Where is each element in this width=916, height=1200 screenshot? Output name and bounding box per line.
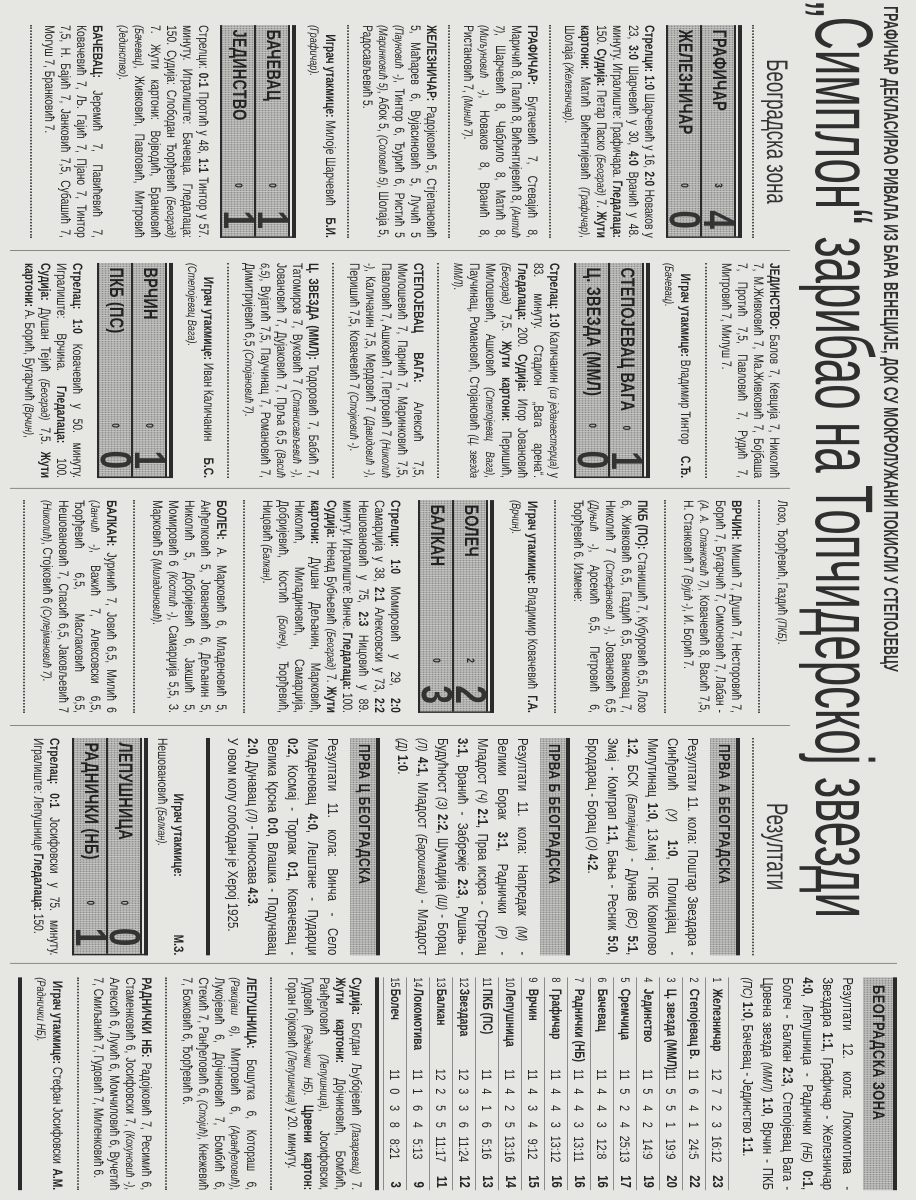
halftime-score: 0: [677, 168, 693, 203]
mom-name: Милоје Шарчевић: [323, 120, 338, 205]
text-run: .: [301, 1093, 316, 1105]
match-report-continued: Лозо, Ђорђевић, Газдић (ПКБ).: [774, 500, 790, 713]
halftime-score: 0: [584, 408, 600, 443]
text-run-italic: (ПС): [740, 977, 755, 998]
score-row-home: ГРАФИЧАР 3 4: [703, 25, 735, 236]
won: 2: [430, 1083, 452, 1100]
text-run: , Митровић 6,: [228, 1034, 243, 1126]
dotted-divider: [166, 977, 168, 1190]
rank: 5: [614, 977, 636, 988]
goals: 5:16: [476, 1133, 498, 1165]
lost: 3: [568, 1116, 590, 1133]
team-name: ЛЕПУШНИЦА: [116, 738, 132, 885]
text-run-bold: 1:0: [394, 755, 411, 771]
score-row-home: БОЛЕЧ 2 2: [454, 500, 486, 711]
points: 16: [568, 1165, 590, 1189]
score-box: БОЛЕЧ 2 2 БАЛКАН 0 3: [418, 500, 494, 713]
text-run: - Борац: [434, 910, 451, 955]
halftime-score: 0: [116, 885, 132, 920]
text-run: , Каличанин 7,5, Мердовић 7: [363, 269, 378, 416]
text-run: , Влашка - Подунавац: [264, 834, 281, 955]
text-run-bold: Гледалаца:: [341, 632, 356, 689]
table-row: 6Бачевац1144312:816: [590, 977, 613, 1190]
match-report: Стрелци: 1:0 Шарчевић у 16, 2:0 Новаков …: [561, 25, 657, 238]
text-run: Алексовски у 73,: [373, 602, 388, 698]
played: 11: [568, 1066, 590, 1083]
text-run-bold: БОЛЕЧ:: [214, 500, 229, 540]
drawn: 2: [499, 1100, 521, 1117]
text-run: , БСК: [624, 754, 641, 793]
text-run: .: [347, 448, 362, 451]
author-initials: Б.С.: [200, 458, 216, 478]
lost: 3: [591, 1116, 613, 1133]
text-run: .: [461, 137, 476, 140]
lost: 6: [453, 1116, 475, 1133]
lineup-away: РАДНИЧКИ НБ: Радојковић 7, Ресимић 6, Ст…: [90, 977, 154, 1190]
text-run: , Јовановић 6,5: [603, 632, 618, 713]
text-run-bold: СТЕПОЈЕВАЦ ВАГА:: [411, 263, 426, 383]
text-run-italic: (Миладиновић): [150, 559, 164, 622]
table-row: 8Графичар1144313:1216: [544, 977, 567, 1190]
rank: 14: [407, 977, 429, 988]
drawn: 5: [430, 1100, 452, 1117]
double-rule: [289, 25, 291, 236]
text-run: у 20. минуту.: [285, 1105, 300, 1168]
text-run-bold: 4:0: [799, 977, 816, 993]
text-run: 7.: [349, 1174, 364, 1190]
text-run-bold: Судија:: [594, 49, 609, 87]
text-run-bold: 2:0: [642, 171, 657, 186]
text-run-bold: 5:0: [604, 936, 621, 952]
text-run-italic: (Врчин): [22, 404, 36, 435]
text-run: , Графичар - Железничар: [819, 1049, 836, 1190]
text-run-bold: Судија:: [515, 354, 530, 392]
text-run: 100.: [341, 690, 356, 713]
text-run-bold: ГРАФИЧАР:: [525, 25, 540, 85]
rank: 7: [568, 977, 590, 988]
lost: 5: [430, 1116, 452, 1133]
text-run-italic: (Аранђеловић): [228, 1126, 242, 1188]
headline: „Симплон“ зарибао на Топчидерској звезди: [802, 2, 884, 918]
column-rule: [10, 250, 790, 251]
halftime-score: 2: [462, 643, 478, 678]
text-run: Момировић у 29,: [389, 574, 404, 698]
text-run: , Бачевац - Јединство: [739, 1018, 756, 1137]
text-run-bold: 5:1: [624, 936, 641, 952]
text-run: , 13.мај - ПКБ Ковилово: [644, 819, 661, 955]
lineup-away: ЖЕЛЕЗНИЧАР: Радојковић 5, Стјепановић 5,…: [359, 25, 439, 238]
played: 11: [660, 1066, 682, 1083]
text-run-italic: (Пауновић -): [392, 25, 406, 80]
league-note: У овом колу слободан је Херој 1925.: [222, 738, 242, 955]
mom-line: Играч утакмице: Милоје Шарчевић: [322, 25, 338, 238]
won: 1: [407, 1083, 429, 1100]
dotted-divider: [437, 263, 439, 478]
text-run-bold: 2:2: [434, 814, 451, 830]
text-run-italic: (ПКБ): [775, 618, 789, 642]
text-run-italic: (Стојић): [196, 1100, 210, 1137]
mom-label: Играч утакмице:: [678, 274, 693, 357]
player-of-the-match: Играч утакмице: Милоје Шарчевић Б.И. (Гр…: [306, 25, 338, 238]
team-name: БАЧЕВАЦ: [265, 25, 281, 168]
final-score: 0: [99, 443, 131, 476]
text-run-bold: 3:1: [494, 832, 511, 848]
dotted-divider: [664, 500, 666, 713]
played: 12: [430, 1066, 452, 1083]
dotted-divider: [243, 500, 245, 713]
points: 17: [614, 1165, 636, 1189]
played: 12: [706, 1066, 728, 1083]
mom-label: Играч утакмице:: [171, 794, 186, 877]
text-run-italic: (Београд): [164, 196, 178, 237]
text-run-italic: (Маринковић 5): [376, 25, 390, 91]
text-run-italic: (из једанаестерца): [547, 387, 561, 470]
won: 4: [568, 1083, 590, 1100]
text-run-italic: (Балкан): [261, 544, 275, 580]
drawn: 4: [568, 1100, 590, 1117]
team: Графичар: [545, 989, 567, 1067]
drawn: 4: [545, 1100, 567, 1117]
dotted-divider: [227, 263, 229, 478]
text-run: .: [261, 581, 276, 584]
text-run: 200.: [515, 320, 530, 354]
text-run: , Стојковић 6: [40, 542, 55, 606]
double-rule: [642, 263, 644, 477]
text-run: Душан Тејић: [38, 301, 53, 379]
goals: 8:21: [384, 1133, 406, 1165]
team: Степојевац В.: [683, 989, 705, 1067]
text-run-italic: (Сулејмановић 7): [40, 606, 54, 678]
author-initials: Б.И.: [322, 217, 338, 237]
score-row-away: БАЛКАН 0 3: [420, 500, 454, 711]
rank: 13: [430, 977, 452, 988]
text-run-italic: (А. А. Станковић 7): [697, 500, 711, 588]
played: 12: [453, 1066, 475, 1083]
drawn: 3: [384, 1100, 406, 1117]
match-report: Стрелац: 1:0 Ковачевић у 50. минуту. Игр…: [21, 263, 85, 478]
goals: 5:13: [407, 1133, 429, 1165]
mom-club: (Врчин).: [508, 500, 524, 713]
column-1: Београдска зона ГРАФИЧАР 3 4 ЖЕЛЕЗНИЧАР …: [30, 25, 792, 238]
played: 11: [407, 1066, 429, 1083]
won: 4: [476, 1083, 498, 1100]
lost: 2: [637, 1116, 659, 1133]
text-run-bold: Судија:: [325, 500, 340, 538]
won: 4: [499, 1083, 521, 1100]
goals: 25:13: [614, 1133, 636, 1165]
text-run-bold: Гледалаца:: [515, 263, 530, 320]
text-run-italic: (Л): [415, 738, 430, 752]
text-run: , Врчин - ПКБ: [759, 1114, 776, 1190]
league-results: Резултати 11. кола: Напредак (М) - Велик…: [392, 738, 532, 955]
text-run: Матић Вићентијевић: [578, 69, 593, 187]
halftime-score: 0: [428, 643, 444, 678]
column-2: ЈЕДИНСТВО: Балов 7, Кевција 7, Николић 7…: [21, 263, 782, 478]
lost: 4: [522, 1116, 544, 1133]
text-run: , Младост: [414, 773, 431, 834]
team-name: ЖЕЛЕЗНИЧАР: [677, 25, 693, 168]
text-run: .: [40, 679, 55, 682]
team-name: ПКБ (ПС): [107, 263, 123, 408]
text-run-italic: (Болеч): [277, 615, 291, 646]
player-of-the-match: Играч утакмице: Иван Каличанин Б.С. (Сте…: [184, 263, 216, 478]
text-run-bold: 4:0: [626, 151, 641, 166]
dotted-divider: [554, 500, 556, 713]
lost: 8: [384, 1116, 406, 1133]
text-run-italic: (Графичар): [578, 187, 592, 235]
text-run-bold: 0:1: [196, 73, 211, 88]
lost: 4: [614, 1116, 636, 1133]
points: 3: [384, 1165, 406, 1189]
text-run-italic: (Београд): [38, 379, 52, 420]
text-run: 150.: [594, 25, 609, 49]
column-4: Резултати ПРВА А БЕОГРАДСКА Резултати 11…: [30, 738, 792, 955]
rank: 8: [545, 977, 567, 988]
league-header: ПРВА Ц БЕОГРАДСКА: [350, 738, 380, 955]
halftime-score: 0: [107, 408, 123, 443]
table-row: 7Раднички (НБ)1144313:1116: [567, 977, 590, 1190]
played: 11: [683, 1066, 705, 1083]
text-run-italic: (Давидовић -): [363, 416, 377, 475]
text-run-bold: ПКБ (ПС):: [635, 500, 650, 549]
rank: 10: [499, 977, 521, 988]
text-run-italic: (О): [585, 836, 600, 850]
double-rule: [735, 25, 737, 236]
text-run: Нешовановић у 75,: [357, 500, 372, 611]
team-name: ВРЧИН: [141, 263, 157, 408]
score-row-away: Ц. ЗВЕЗДА (ММЛ) 0 0: [576, 263, 610, 477]
text-run: , Прва искра - Стрелац: [474, 825, 491, 955]
table-row: 12Звездара1233611:2412: [452, 977, 475, 1190]
won: 0: [384, 1083, 406, 1100]
text-run-italic: (Л): [245, 809, 260, 823]
text-run-bold: 0:2: [284, 738, 301, 754]
text-run-italic: (Лепушница): [285, 1051, 299, 1105]
points: 20: [660, 1165, 682, 1189]
played: 11: [522, 1066, 544, 1083]
match-report: Стрелци: 0:1 Протић у 48, 1:1 Тинтор у 5…: [115, 25, 211, 238]
section-title-text: Београдска зона: [760, 59, 792, 204]
match-block-lepusnica: Играч утакмице: М.З. Нешовановић (Балкан…: [30, 738, 186, 955]
table-row: 13Балкан1225511:1711: [429, 977, 452, 1190]
text-run: 150.: [31, 911, 46, 934]
won: 7: [706, 1083, 728, 1100]
text-run-bold: 1:1: [819, 1032, 836, 1048]
dotted-divider: [449, 25, 451, 238]
drawn: 6: [407, 1100, 429, 1117]
text-run-bold: 3:1: [454, 738, 471, 754]
text-run-bold: ЖЕЛЕЗНИЧАР:: [424, 25, 439, 101]
team-name: ГРАФИЧАР: [711, 25, 727, 168]
table-row: 2Степојевац В.1164124:522: [682, 977, 705, 1190]
match-report: Стрелци: 1:0 Момировић у 29, 2:0 Самарџи…: [260, 500, 404, 713]
text-run: , И. Борић 7.: [681, 609, 696, 669]
text-run: .: [739, 1153, 756, 1156]
text-run-italic: (Костић -): [166, 571, 180, 617]
text-run-bold: Гледалаца:: [54, 386, 69, 443]
text-run-bold: 1:1: [739, 1137, 756, 1153]
text-run-bold: Гледалаца:: [610, 180, 625, 237]
text-run: Игор Јовановић: [515, 392, 530, 478]
dotted-divider: [550, 25, 552, 238]
text-run-italic: (ММЛ): [760, 1062, 775, 1092]
league-results: Резултати 11. кола: Поштар Звездара - Си…: [582, 738, 702, 955]
text-run: .: [116, 77, 131, 80]
rank: 3: [660, 977, 682, 988]
points: 14: [499, 1165, 521, 1189]
text-run-bold: Гледалаца:: [31, 854, 46, 911]
league-header: ПРВА А БЕОГРАДСКА: [710, 738, 740, 955]
score-box: ЛЕПУШНИЦА 0 0 РАДНИЧКИ (НБ) 0 1: [72, 738, 148, 955]
goals: 13:12: [545, 1133, 567, 1165]
text-run: 7. Жути картони: Војводић, Бранковић: [148, 25, 163, 238]
team: Железничар: [706, 989, 728, 1067]
text-run: .: [584, 871, 601, 874]
score-row-home: ВРЧИН 0 1: [133, 263, 165, 477]
lost: 5: [499, 1116, 521, 1133]
text-run-bold: 1:1: [604, 825, 621, 841]
score-row-away: ПКБ (ПС) 0 0: [99, 263, 133, 477]
text-run-bold: 1:2: [624, 738, 641, 754]
score-box: БАЧЕВАЦ 0 1 ЈЕДИНСТВО 0 1: [221, 25, 297, 238]
text-run-bold: Ц. ЗВЕЗДА (ММЛ):: [306, 263, 321, 360]
text-run: , Дунавац: [244, 754, 261, 809]
text-run: Богдан Љубојевић: [349, 1015, 364, 1123]
mom-club: (Раднички НБ).: [33, 977, 49, 1190]
text-run: А. Борић, Бугарчић: [22, 307, 37, 404]
lineup-home: БОЛЕЧ: А. Марковић 6, Младеновић 5, Анђе…: [149, 500, 229, 713]
player-of-the-match: Играч утакмице: Стефан Јосифовски А.М. (…: [33, 977, 65, 1190]
player-of-the-match: Играч утакмице: Владимир Тинтор С.Ђ. (Ба…: [661, 263, 693, 478]
final-score: 0: [576, 443, 608, 476]
mom-label: Играч утакмице:: [50, 981, 65, 1064]
goals: 14:9: [637, 1133, 659, 1165]
final-score: 3: [420, 678, 452, 711]
table-row: 11ПКБ (ПС)114165:1613: [475, 977, 498, 1190]
lost: 6: [476, 1116, 498, 1133]
text-run-italic: (Стојановић 7): [242, 349, 256, 413]
lineup-away: БАЛКАН: Јуринић 7, Јовић 6,5, Милић 6 (Ј…: [39, 500, 119, 713]
drawn: 3: [522, 1100, 544, 1117]
mom-club: (Степојевац Вага).: [184, 263, 200, 478]
mom-label: Играч утакмице:: [525, 501, 540, 584]
rank: 4: [637, 977, 659, 988]
text-run: 100.: [54, 443, 69, 478]
rank: 6: [591, 977, 613, 988]
player-of-the-match: Играч утакмице: Владимир Ковачевић Г.А. …: [508, 500, 540, 713]
mom-name: Стефан Јосифовски: [50, 1067, 65, 1164]
played: 11: [499, 1066, 521, 1083]
lineup-home: ВРЧИН: Мишић 7, Душић 7, Несторовић 7, Б…: [680, 500, 744, 713]
author-initials: Г.А.: [524, 695, 540, 713]
team: Ц. звезда (ММЛ): [660, 989, 682, 1067]
text-run-bold: 2:3: [357, 611, 372, 626]
column-rule: [10, 725, 790, 726]
goals: 11:24: [453, 1133, 475, 1165]
team: Јединство: [637, 989, 659, 1067]
league-header: ПРВА Б БЕОГРАДСКА: [540, 738, 570, 955]
dotted-divider: [30, 25, 32, 238]
table-row: 1Железничар1272316:1223: [705, 977, 728, 1190]
text-run-bold: Стрелац: 1:0: [70, 263, 85, 334]
drawn: 2: [614, 1100, 636, 1117]
lost: 3: [545, 1116, 567, 1133]
text-run: Резултати 11. кола: Напредак: [514, 738, 531, 926]
lineup-away: ПКБ (ПС): Станишић 7, Кубуровић 6,5, Лоз…: [570, 500, 650, 713]
text-run-italic: (Вујић -): [681, 575, 695, 609]
text-run-italic: (Ч): [475, 790, 490, 803]
halftime-score: 0: [82, 885, 98, 920]
goals: 9:12: [522, 1133, 544, 1165]
rank: 2: [683, 977, 705, 988]
text-run-italic: (Стефановић -): [603, 560, 617, 632]
author-initials: М.З.: [170, 935, 186, 956]
text-run-italic: (НБ): [800, 1142, 815, 1162]
text-run-bold: 0:1: [284, 862, 301, 878]
text-run: - Дунав: [624, 851, 641, 908]
goals: 13:16: [499, 1133, 521, 1165]
points: 16: [545, 1165, 567, 1189]
team: Бачевац: [591, 989, 613, 1067]
points: 19: [637, 1165, 659, 1189]
text-run: , Лепушница - Раднички: [799, 994, 816, 1142]
text-run-italic: (З): [435, 797, 450, 810]
text-run-italic: (Минић 7): [461, 96, 475, 137]
table-row: 3Ц. звезда (ММЛ)1155119:920: [659, 977, 682, 1190]
goals: 16:12: [706, 1133, 728, 1165]
table-row: 10Лепушница1142513:1614: [498, 977, 521, 1190]
text-run: , Тинтор 6, Ђурић 6, Ристић 5: [392, 80, 407, 238]
mom-club: (Графичар).: [306, 25, 322, 238]
text-run-bold: Стрелци: 1:0: [642, 25, 657, 90]
text-run-italic: (Лепушница): [317, 1054, 331, 1108]
text-run: 7.: [594, 196, 609, 212]
text-run-bold: 2:1: [373, 587, 388, 602]
text-run-bold: 3:0: [626, 45, 641, 60]
won: 5: [637, 1083, 659, 1100]
lost: 1: [660, 1116, 682, 1133]
text-run-italic: (Батајница): [625, 794, 640, 851]
match-report-continued: Судија: Богдан Љубојевић (Лазаревац) 7. …: [284, 977, 364, 1190]
rank: 1: [706, 977, 728, 988]
rank: 12: [453, 977, 475, 988]
drawn: 3: [453, 1100, 475, 1117]
text-run-bold: 4:3: [244, 887, 261, 903]
text-run-bold: 0:0: [264, 817, 281, 833]
text-run-italic: (Београд): [594, 154, 608, 195]
final-score: 1: [223, 203, 255, 236]
halftime-score: 0: [618, 411, 634, 444]
score-row-away: ЖЕЛЕЗНИЧАР 0 0: [669, 25, 703, 236]
text-run: .: [775, 642, 790, 645]
text-run-italic: (Кохуновић -): [123, 1131, 137, 1188]
text-run-italic: (Београд): [325, 629, 339, 670]
team: Врчин: [522, 989, 544, 1067]
score-row-away: РАДНИЧКИ (НБ) 0 1: [74, 738, 108, 954]
box-bottom-bar: [206, 738, 210, 955]
column-rule: [10, 488, 790, 489]
text-run-bold: 2:3: [454, 879, 471, 895]
team: Звездара: [453, 989, 475, 1067]
text-run: Шарчевић у 16,: [642, 90, 657, 171]
newspaper-page-viewport: ГРАФИЧАР ДЕКЛАСИРАО РИВАЛА ИЗ БАРА ВЕНЕЦ…: [0, 0, 916, 1200]
text-run-italic: (Д): [395, 738, 410, 752]
text-run-bold: 1:0: [664, 840, 681, 856]
text-run: [799, 1163, 816, 1171]
final-score: 0: [669, 203, 701, 236]
text-run-bold: Судија:: [349, 977, 364, 1015]
text-run: 7,5.: [38, 420, 53, 451]
